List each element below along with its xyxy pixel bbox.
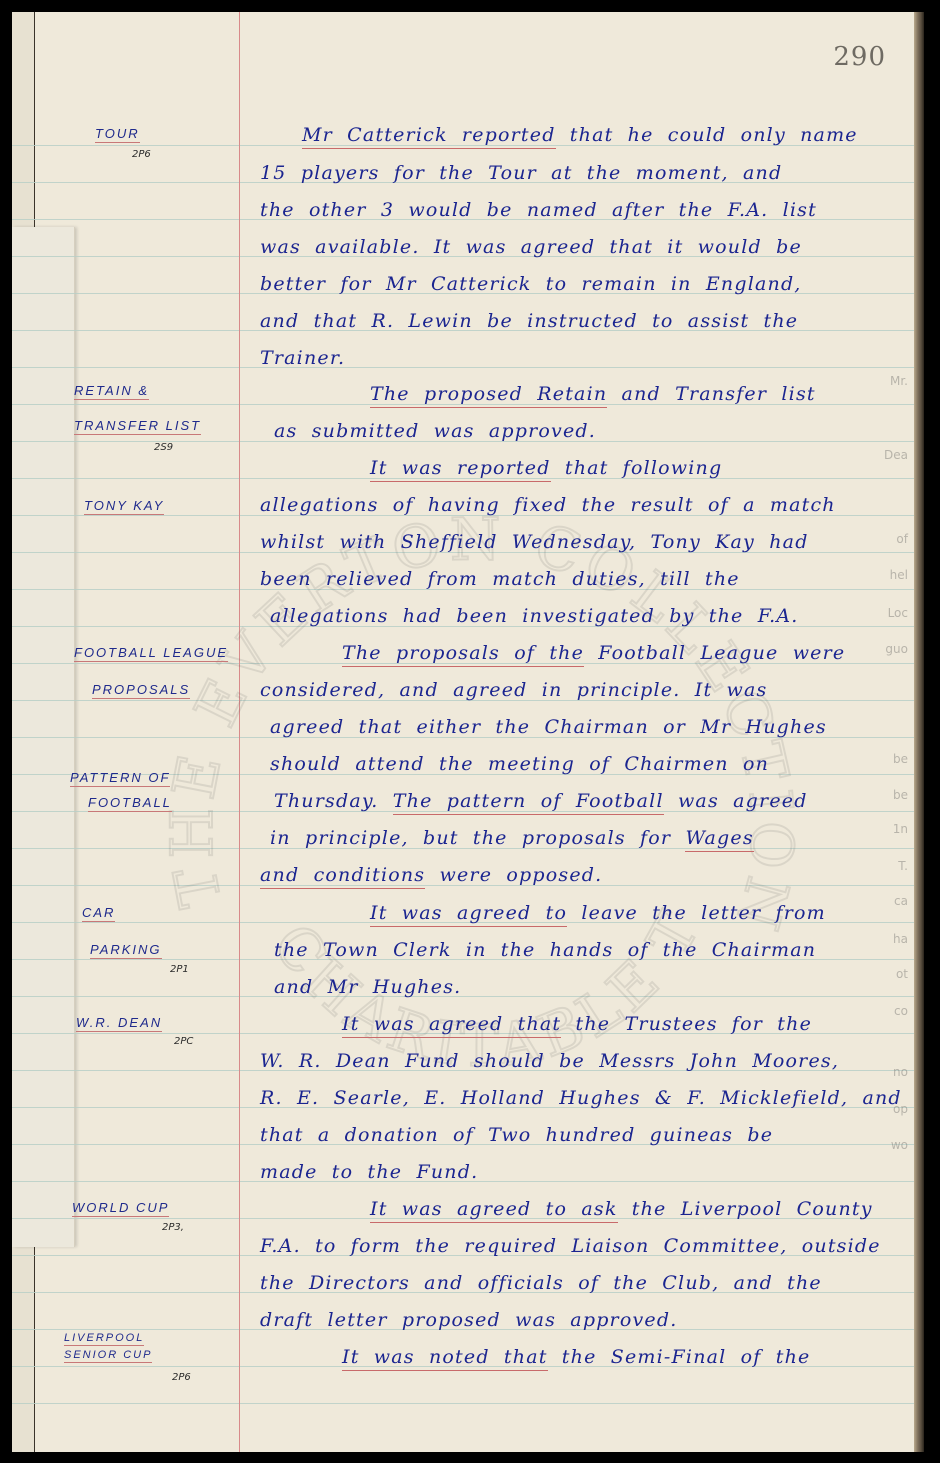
minute-line: allegations had been investigated by the… [270, 605, 799, 627]
minute-line: It was agreed to leave the letter from [370, 902, 826, 924]
minute-book-page: Mr. Dea of hel Loc guo be be 1n T. ca ha… [12, 12, 924, 1452]
reference-code: 2S9 [154, 442, 173, 453]
minute-line: the Town Clerk in the hands of the Chair… [274, 939, 816, 961]
minute-line: Trainer. [260, 347, 345, 369]
minute-line: the other 3 would be named after the F.A… [260, 199, 817, 221]
margin-heading-pattern-of: PATTERN OF [70, 770, 170, 785]
minute-line: as submitted was approved. [274, 420, 596, 442]
book-binding-edge [914, 12, 924, 1452]
margin-heading-car: CAR [82, 905, 115, 920]
minute-line: R. E. Searle, E. Holland Hughes & F. Mic… [260, 1087, 902, 1109]
minute-line: 15 players for the Tour at the moment, a… [260, 162, 782, 184]
reference-code: 2P6 [172, 1372, 191, 1383]
minute-line: considered, and agreed in principle. It … [260, 679, 767, 701]
margin-heading-football: FOOTBALL [88, 795, 172, 810]
minute-line: The proposed Retain and Transfer list [370, 383, 816, 405]
margin-heading-tour: TOUR [95, 126, 140, 141]
minute-line: Thursday. The pattern of Football was ag… [274, 790, 808, 812]
reference-code: 2P6 [132, 149, 151, 160]
reference-code: 2P1 [170, 964, 189, 975]
minute-line: It was agreed to ask the Liverpool Count… [370, 1198, 873, 1220]
minute-line: and that R. Lewin be instructed to assis… [260, 310, 798, 332]
minute-line: was available. It was agreed that it wou… [260, 236, 802, 258]
minute-line: It was reported that following [370, 457, 722, 479]
minute-line: that a donation of Two hundred guineas b… [260, 1124, 773, 1146]
minute-line: the Directors and officials of the Club,… [260, 1272, 822, 1294]
minute-line: and Mr Hughes. [274, 976, 461, 998]
margin-heading-senior-cup: SENIOR CUP [64, 1349, 152, 1361]
minute-line: been relieved from match duties, till th… [260, 568, 740, 590]
margin-rule [239, 12, 240, 1452]
reference-code: 2PC [174, 1036, 193, 1047]
margin-heading-retain: RETAIN & [74, 383, 149, 398]
reference-code: 2P3, [162, 1222, 184, 1233]
minute-line: whilst with Sheffield Wednesday, Tony Ka… [260, 531, 809, 553]
margin-heading-wr-dean: W.R. DEAN [76, 1015, 162, 1030]
minute-line: It was noted that the Semi-Final of the [342, 1346, 811, 1368]
minute-line: W. R. Dean Fund should be Messrs John Mo… [260, 1050, 839, 1072]
minute-line: allegations of having fixed the result o… [260, 494, 836, 516]
minute-line: Mr Catterick reported that he could only… [302, 124, 858, 146]
minute-line: and conditions were opposed. [260, 864, 602, 886]
minute-line: The proposals of the Football League wer… [342, 642, 845, 664]
minute-line: better for Mr Catterick to remain in Eng… [260, 273, 802, 295]
minute-line: agreed that either the Chairman or Mr Hu… [270, 716, 827, 738]
minute-line: made to the Fund. [260, 1161, 478, 1183]
margin-heading-football-league: FOOTBALL LEAGUE [74, 645, 228, 660]
minute-line: F.A. to form the required Liaison Commit… [260, 1235, 881, 1257]
margin-heading-proposals: PROPOSALS [92, 682, 190, 697]
margin-heading-parking: PARKING [90, 942, 162, 957]
minute-line: draft letter proposed was approved. [260, 1309, 677, 1331]
minute-line: It was agreed that the Trustees for the [342, 1013, 812, 1035]
margin-heading-tony-kay: TONY KAY [84, 498, 164, 513]
margin-heading-transfer-list: TRANSFER LIST [74, 418, 201, 433]
minute-line: should attend the meeting of Chairmen on [270, 753, 769, 775]
minute-line: in principle, but the proposals for Wage… [270, 827, 754, 849]
margin-heading-world-cup: WORLD CUP [72, 1200, 169, 1215]
margin-heading-liverpool: LIVERPOOL [64, 1332, 144, 1344]
page-number: 290 [833, 42, 886, 72]
